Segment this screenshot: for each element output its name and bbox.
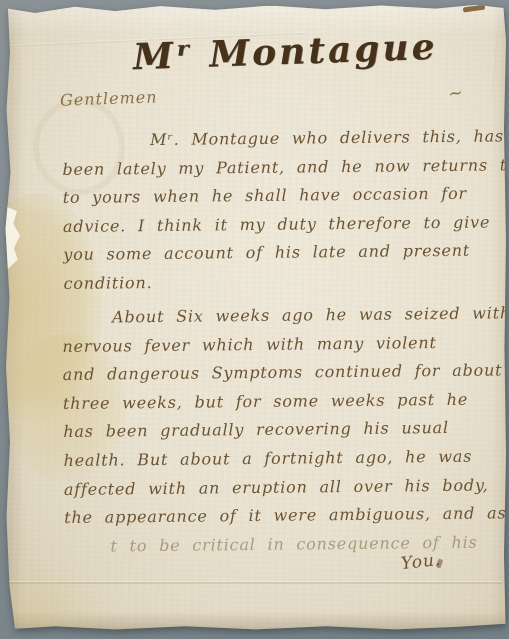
body-line: Mʳ. Montague who delivers this, has bbox=[62, 126, 509, 159]
body-line: and dangerous Symptoms continued for abo… bbox=[63, 360, 509, 393]
salutation: Gentlemen bbox=[60, 87, 158, 109]
torn-edge-chip bbox=[5, 206, 20, 270]
body-line: has been gradually recovering his usual bbox=[63, 418, 509, 451]
fold-crease-right bbox=[489, 9, 500, 99]
pen-flourish-mark: ~ bbox=[446, 82, 465, 105]
body-line: affected with an eruption all over his b… bbox=[64, 475, 509, 508]
ink-speck-top-2 bbox=[255, 3, 277, 6]
body-line: the appearance of it were ambiguous, and… bbox=[64, 503, 509, 536]
paper-stain-bottom-left bbox=[0, 563, 107, 639]
body-line: About Six weeks ago he was seized with bbox=[62, 303, 509, 336]
table-background: Mʳ Montague Gentlemen ~ Mʳ. Montague who… bbox=[0, 0, 509, 639]
ink-speck-top bbox=[109, 3, 143, 8]
letter-paragraph-2: About Six weeks ago he was seized with n… bbox=[62, 303, 509, 565]
fold-crease-bottom bbox=[9, 581, 502, 584]
body-line: three weeks, but for some weeks past he bbox=[63, 389, 509, 422]
body-line: condition. bbox=[63, 269, 509, 302]
catchword: You. bbox=[400, 550, 442, 574]
docket-title: Mʳ Montague bbox=[132, 26, 438, 79]
body-line: advice. I think it my duty therefore to … bbox=[63, 212, 509, 245]
body-line: been lately my Patient, and he now retur… bbox=[62, 155, 509, 188]
letter-page: Mʳ Montague Gentlemen ~ Mʳ. Montague who… bbox=[5, 3, 506, 630]
body-line: nervous fever which with many violent bbox=[62, 332, 509, 365]
body-line: health. But about a fortnight ago, he wa… bbox=[63, 446, 509, 479]
faded-body-line: t to be critical in consequence of his bbox=[64, 532, 509, 565]
ink-speck-top-right bbox=[463, 4, 485, 12]
body-line: you some account of his late and present bbox=[63, 241, 509, 274]
body-line: to yours when he shall have occasion for bbox=[63, 183, 509, 216]
letter-page-wrapper: Mʳ Montague Gentlemen ~ Mʳ. Montague who… bbox=[5, 3, 506, 630]
letter-paragraph-1: Mʳ. Montague who delivers this, has been… bbox=[62, 126, 509, 302]
